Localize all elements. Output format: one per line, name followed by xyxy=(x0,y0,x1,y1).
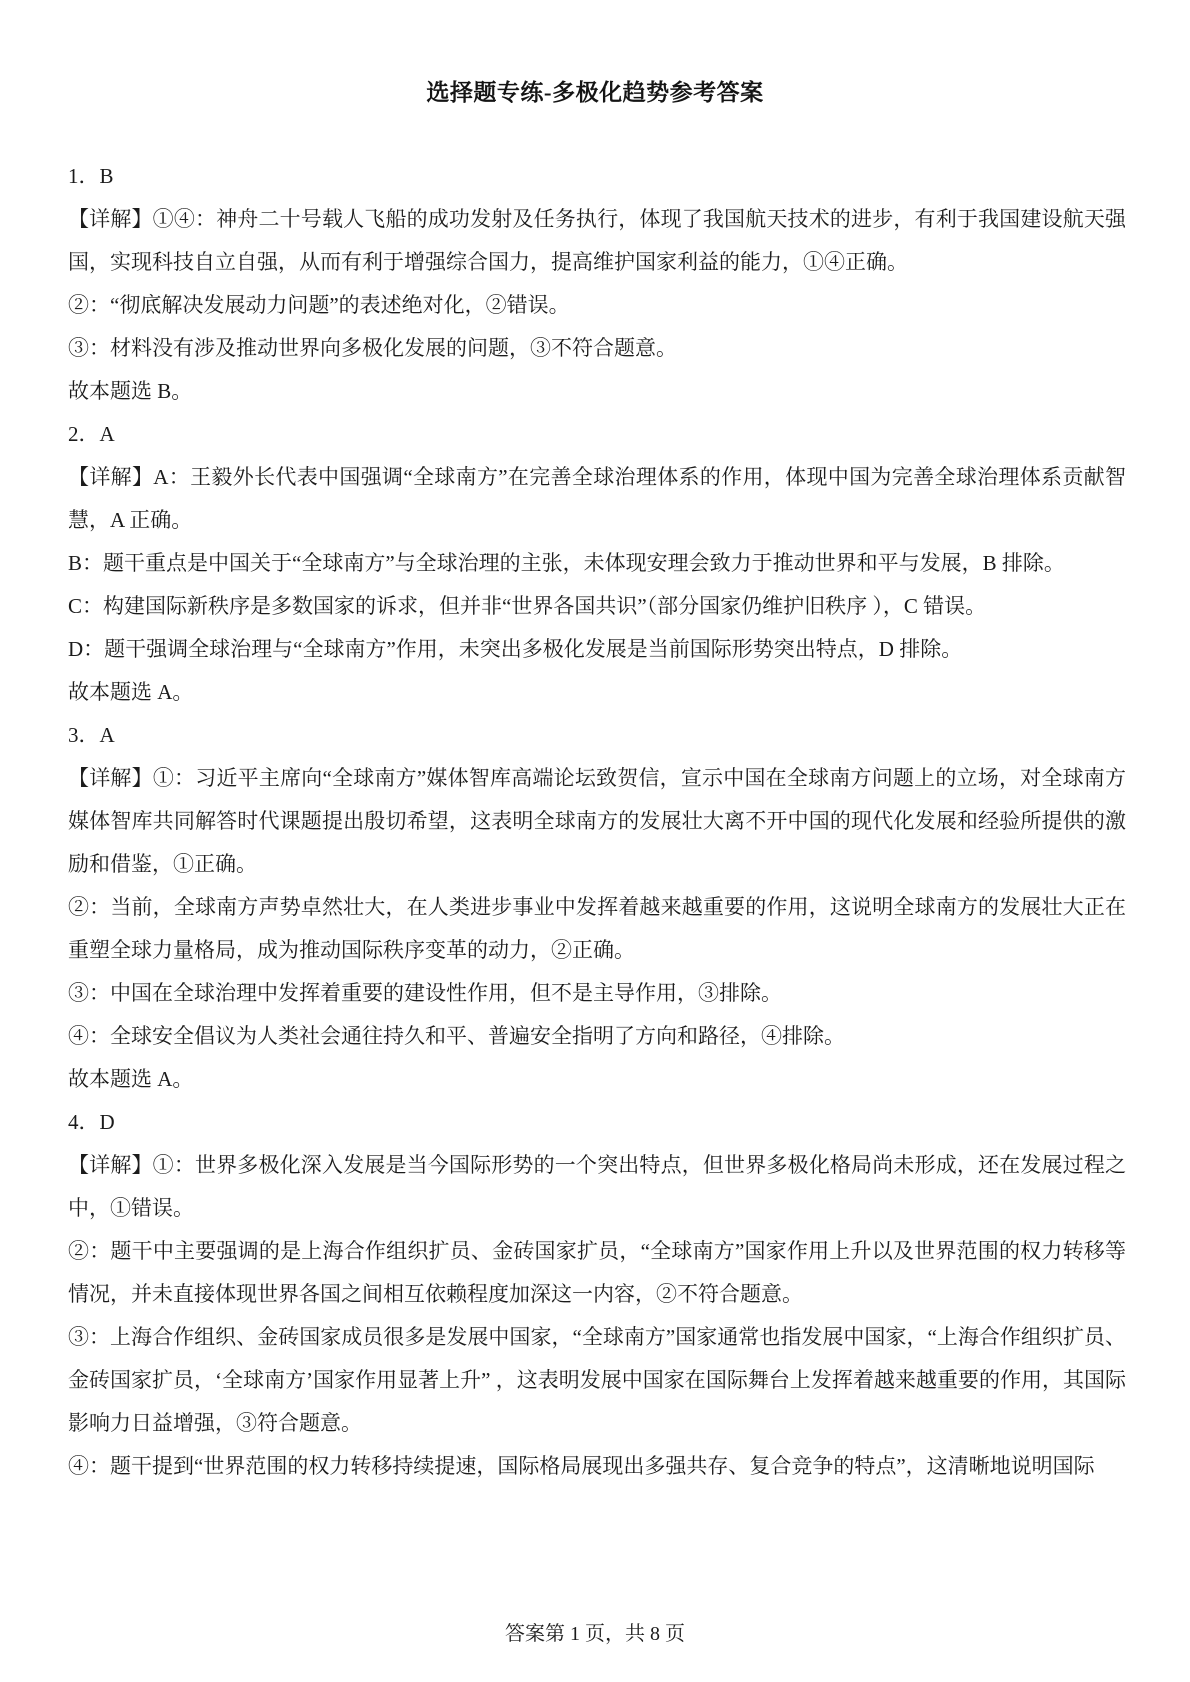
answer-content: 1．B 【详解】①④：神舟二十号载人飞船的成功发射及任务执行，体现了我国航天技术… xyxy=(0,155,1190,1488)
answer-number-1: 1．B xyxy=(68,155,1126,198)
answer-number-2: 2．A xyxy=(68,413,1126,456)
answer-detail-paragraph: ③：中国在全球治理中发挥着重要的建设性作用，但不是主导作用，③排除。 xyxy=(68,972,1126,1015)
answer-detail-paragraph: D：题干强调全球治理与“全球南方”作用，未突出多极化发展是当前国际形势突出特点，… xyxy=(68,628,1126,671)
answer-detail-paragraph: ④：题干提到“世界范围的权力转移持续提速，国际格局展现出多强共存、复合竞争的特点… xyxy=(68,1445,1126,1488)
answer-detail-paragraph: ③：材料没有涉及推动世界向多极化发展的问题，③不符合题意。 xyxy=(68,327,1126,370)
answer-detail-paragraph: ②：当前，全球南方声势卓然壮大，在人类进步事业中发挥着越来越重要的作用，这说明全… xyxy=(68,886,1126,972)
answer-detail-paragraph: ②：“彻底解决发展动力问题”的表述绝对化，②错误。 xyxy=(68,284,1126,327)
answer-detail-paragraph: 【详解】①：世界多极化深入发展是当今国际形势的一个突出特点，但世界多极化格局尚未… xyxy=(68,1144,1126,1230)
document-page: 选择题专练-多极化趋势参考答案 1．B 【详解】①④：神舟二十号载人飞船的成功发… xyxy=(0,0,1190,1682)
answer-conclusion: 故本题选 B。 xyxy=(68,370,1126,413)
page-title: 选择题专练-多极化趋势参考答案 xyxy=(0,0,1190,108)
answer-conclusion: 故本题选 A。 xyxy=(68,671,1126,714)
answer-detail-paragraph: 【详解】A：王毅外长代表中国强调“全球南方”在完善全球治理体系的作用，体现中国为… xyxy=(68,456,1126,542)
answer-detail-paragraph: ③：上海合作组织、金砖国家成员很多是发展中国家，“全球南方”国家通常也指发展中国… xyxy=(68,1316,1126,1445)
page-footer: 答案第 1 页，共 8 页 xyxy=(0,1617,1190,1646)
answer-number-4: 4．D xyxy=(68,1101,1126,1144)
answer-detail-paragraph: ④：全球安全倡议为人类社会通往持久和平、普遍安全指明了方向和路径，④排除。 xyxy=(68,1015,1126,1058)
answer-conclusion: 故本题选 A。 xyxy=(68,1058,1126,1101)
answer-detail-paragraph: B：题干重点是中国关于“全球南方”与全球治理的主张，未体现安理会致力于推动世界和… xyxy=(68,542,1126,585)
answer-detail-paragraph: C：构建国际新秩序是多数国家的诉求，但并非“世界各国共识”（部分国家仍维护旧秩序… xyxy=(68,585,1126,628)
answer-detail-paragraph: 【详解】①④：神舟二十号载人飞船的成功发射及任务执行，体现了我国航天技术的进步，… xyxy=(68,198,1126,284)
answer-number-3: 3．A xyxy=(68,714,1126,757)
answer-detail-paragraph: 【详解】①：习近平主席向“全球南方”媒体智库高端论坛致贺信，宣示中国在全球南方问… xyxy=(68,757,1126,886)
answer-detail-paragraph: ②：题干中主要强调的是上海合作组织扩员、金砖国家扩员，“全球南方”国家作用上升以… xyxy=(68,1230,1126,1316)
